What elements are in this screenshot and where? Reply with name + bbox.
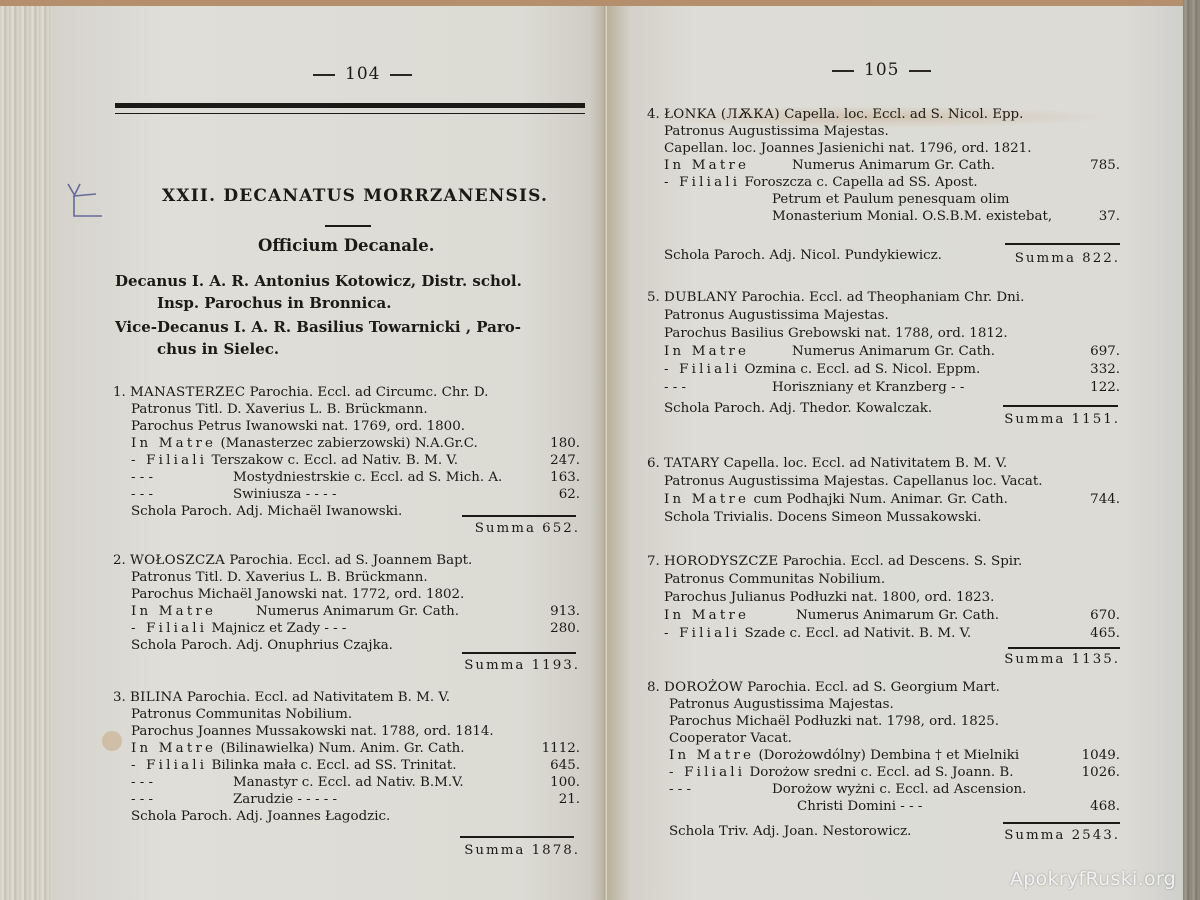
entry-number: 1. [113, 385, 126, 400]
school-line: Schola Trivialis. Docens Simeon Mussakow… [664, 510, 982, 526]
filial-text: Monasterium Monial. O.S.B.M. existebat, [772, 209, 1052, 225]
population-value: 468. [1040, 799, 1120, 815]
population-value: 332. [1040, 362, 1120, 378]
handwritten-ink-mark-icon [66, 182, 102, 222]
in-matre-text: cum Podhajki Num. Animar. Gr. Cath. [753, 492, 1007, 507]
deanery-title: XXII. DECANATUS MORRZANENSIS. [162, 186, 548, 206]
population-value: 1026. [1040, 765, 1120, 781]
summa-rule [460, 836, 574, 838]
header-rule-thin [115, 113, 585, 114]
entry-number: 5. [647, 290, 660, 305]
patron-line: Patronus Augustissima Majestas. [669, 697, 894, 713]
dash-decoration [909, 70, 931, 72]
summa-total: Summa 1193. [430, 658, 580, 674]
population-value: 37. [1040, 209, 1120, 225]
in-matre-label: In Matre [664, 492, 749, 507]
pastor-line: Parochus Michaël Podłuzki nat. 1798, ord… [669, 714, 999, 730]
filial-prefix: - Filiali [131, 453, 207, 468]
summa-rule [1008, 647, 1120, 649]
entry-number: 3. [113, 690, 126, 705]
cooperator-line: Cooperator Vacat. [669, 731, 792, 747]
in-matre-label: In Matre [131, 604, 256, 620]
pastor-line: Parochus Michaël Janowski nat. 1772, ord… [131, 587, 464, 603]
dash-decoration [390, 74, 412, 76]
filial-text: Bilinka mała c. Eccl. ad SS. Trinitat. [212, 758, 457, 773]
page-number-text: 104 [345, 64, 380, 84]
summa-rule [462, 515, 576, 517]
patron-line: Patronus Communitas Nobilium. [131, 707, 352, 723]
filial-prefix: - - - [131, 470, 233, 486]
filial-prefix: - - - [131, 775, 233, 791]
entry-number: 8. [647, 680, 660, 695]
school-line: Schola Paroch. Adj. Onuphrius Czajka. [131, 638, 393, 654]
population-value: 465. [1040, 626, 1120, 642]
parish-name: ŁONKA (ЛѪКА) [664, 107, 780, 122]
summa-rule [1005, 243, 1120, 245]
parish-name: WOŁOSZCZA [130, 553, 225, 568]
population-value: 697. [1040, 344, 1120, 360]
summa-total: Summa 1151. [970, 412, 1120, 428]
population-value: 180. [500, 436, 580, 452]
patron-line: Patronus Communitas Nobilium. [664, 572, 885, 588]
school-line: Schola Paroch. Adj. Joannes Łagodzic. [131, 809, 390, 825]
entry-number: 2. [113, 553, 126, 568]
filial-text: Petrum et Paulum penesquam olim [772, 192, 1010, 208]
filial-prefix: - Filiali [664, 626, 740, 641]
population-value: 122. [1040, 380, 1120, 396]
pastor-line: Parochus Petrus Iwanowski nat. 1769, ord… [131, 419, 465, 435]
filial-text: Dorożow sredni c. Eccl. ad S. Joann. B. [750, 765, 1014, 780]
summa-total: Summa 652. [430, 521, 580, 537]
filial-prefix: - - - [669, 782, 772, 798]
filial-text: Foroszcza c. Capella ad SS. Apost. [745, 175, 978, 190]
summa-rule [1003, 405, 1118, 407]
in-matre-label: In Matre [131, 741, 216, 756]
page-number-text: 105 [864, 60, 899, 80]
entry-number: 7. [647, 554, 660, 569]
filial-text: Ozmina c. Eccl. ad S. Nicol. Eppm. [745, 362, 981, 377]
population-value: 247. [500, 453, 580, 469]
population-value: 163. [500, 470, 580, 486]
population-value: 744. [1040, 492, 1120, 508]
summa-total: Summa 1135. [970, 652, 1120, 668]
dean-line: Decanus I. A. R. Antonius Kotowicz, Dist… [115, 270, 522, 292]
school-line: Schola Triv. Adj. Joan. Nestorowicz. [669, 824, 911, 840]
vice-dean-line: chus in Sielec. [157, 338, 279, 360]
in-matre-text: Numerus Animarum Gr. Cath. [792, 344, 995, 359]
parish-name: BILINA [130, 690, 183, 705]
in-matre-label: In Matre [669, 748, 754, 763]
patron-line: Patronus Augustissima Majestas. [664, 124, 889, 140]
patron-line: Patronus Titl. D. Xaverius L. B. Brückma… [131, 570, 428, 586]
foxing-stain [102, 731, 122, 751]
pastor-line: Parochus Basilius Grebowski nat. 1788, o… [664, 326, 1008, 342]
parish-name: HORODYSZCZE [664, 554, 778, 569]
filial-text: Dorożow wyżni c. Eccl. ad Ascension. [772, 782, 1026, 797]
dean-line: Insp. Parochus in Bronnica. [157, 292, 391, 314]
parish-header: Parochia. Eccl. ad Descens. S. Spir. [783, 554, 1023, 569]
filial-text: Terszakow c. Eccl. ad Nativ. B. M. V. [212, 453, 458, 468]
summa-total: Summa 2543. [970, 828, 1120, 844]
parish-header: Parochia. Eccl. ad Circumc. Chr. D. [250, 385, 489, 400]
in-matre-text: (Dorożowdólny) Dembina † et Mielniki [758, 748, 1019, 763]
pastor-line: Capellan. loc. Joannes Jasienichi nat. 1… [664, 141, 1031, 157]
parish-header: Parochia. Eccl. ad Nativitatem B. M. V. [187, 690, 450, 705]
school-line: Schola Paroch. Adj. Thedor. Kowalczak. [664, 401, 932, 417]
summa-rule [1003, 822, 1120, 824]
vice-dean-line: Vice-Decanus I. A. R. Basilius Towarnick… [115, 316, 521, 338]
page-number-right: 105 [822, 60, 941, 80]
filial-prefix: - Filiali [664, 175, 740, 190]
filial-prefix: - Filiali [131, 621, 207, 636]
patron-line: Patronus Augustissima Majestas. Capellan… [664, 474, 1043, 490]
filial-prefix: - Filiali [664, 362, 740, 377]
filial-text: Zarudzie - - - - - [233, 792, 337, 807]
in-matre-text: Numerus Animarum Gr. Cath. [256, 604, 459, 619]
school-line: Schola Paroch. Adj. Nicol. Pundykiewicz. [664, 248, 942, 264]
filial-prefix: - - - [131, 487, 233, 503]
parish-header: Parochia. Eccl. ad S. Georgium Mart. [747, 680, 1000, 695]
population-value: 645. [500, 758, 580, 774]
school-line: Schola Paroch. Adj. Michaël Iwanowski. [131, 504, 402, 520]
population-value: 280. [500, 621, 580, 637]
parish-header: Parochia. Eccl. ad Theophaniam Chr. Dni. [741, 290, 1024, 305]
in-matre-text: Numerus Animarum Gr. Cath. [792, 158, 995, 173]
parish-name: DOROŻOW [664, 680, 743, 695]
in-matre-text: Numerus Animarum Gr. Cath. [796, 608, 999, 623]
population-value: 100. [500, 775, 580, 791]
population-value: 62. [500, 487, 580, 503]
population-value: 1049. [1040, 748, 1120, 764]
in-matre-label: In Matre [131, 436, 216, 451]
summa-rule [462, 652, 576, 654]
header-rule-thick [115, 103, 585, 108]
entry-number: 6. [647, 456, 660, 471]
population-value: 670. [1040, 608, 1120, 624]
in-matre-label: In Matre [664, 158, 792, 174]
pastor-line: Parochus Julianus Podłuzki nat. 1800, or… [664, 590, 994, 606]
in-matre-label: In Matre [664, 608, 796, 624]
page-number-left: 104 [303, 64, 422, 84]
parish-name: MANASTERZEC [130, 385, 245, 400]
dash-decoration [313, 74, 335, 76]
filial-text: Mostydniestrskie c. Eccl. ad S. Mich. A. [233, 470, 502, 485]
site-watermark: ApokryfRuski.org [1010, 868, 1176, 890]
summa-total: Summa 1878. [430, 843, 580, 859]
patron-line: Patronus Titl. D. Xaverius L. B. Brückma… [131, 402, 428, 418]
filial-prefix: - - - [131, 792, 233, 808]
title-divider [325, 225, 371, 227]
filial-prefix: - Filiali [131, 758, 207, 773]
page-stack-right-edge [1183, 0, 1200, 900]
dash-decoration [832, 70, 854, 72]
entry-number: 4. [647, 107, 660, 122]
filial-text: Christi Domini - - - [797, 799, 922, 815]
in-matre-text: (Manasterzec zabierzowski) N.A.Gr.C. [220, 436, 477, 451]
summa-total: Summa 822. [970, 251, 1120, 267]
population-value: 1112. [500, 741, 580, 757]
population-value: 785. [1040, 158, 1120, 174]
parish-header: Capella. loc. Eccl. ad S. Nicol. Epp. [784, 107, 1023, 122]
pastor-line: Parochus Joannes Mussakowski nat. 1788, … [131, 724, 494, 740]
filial-text: Swiniusza - - - - [233, 487, 336, 502]
filial-text: Horiszniany et Kranzberg - - [772, 380, 964, 395]
parish-name: DUBLANY [664, 290, 737, 305]
parish-header: Parochia. Eccl. ad S. Joannem Bapt. [229, 553, 472, 568]
population-value: 913. [500, 604, 580, 620]
filial-text: Szade c. Eccl. ad Nativit. B. M. V. [745, 626, 972, 641]
office-title: Officium Decanale. [258, 236, 434, 255]
parish-header: Capella. loc. Eccl. ad Nativitatem B. M.… [724, 456, 1008, 471]
page-stack-left-edge [0, 6, 53, 900]
patron-line: Patronus Augustissima Majestas. [664, 308, 889, 324]
filial-prefix: - Filiali [669, 765, 745, 780]
in-matre-text: (Bilinawielka) Num. Anim. Gr. Cath. [220, 741, 464, 756]
filial-text: Manastyr c. Eccl. ad Nativ. B.M.V. [233, 775, 464, 790]
filial-text: Majnicz et Zady - - - [212, 621, 347, 636]
population-value: 21. [500, 792, 580, 808]
in-matre-label: In Matre [664, 344, 792, 360]
filial-prefix: - - - [664, 380, 772, 396]
parish-name: TATARY [664, 456, 719, 471]
